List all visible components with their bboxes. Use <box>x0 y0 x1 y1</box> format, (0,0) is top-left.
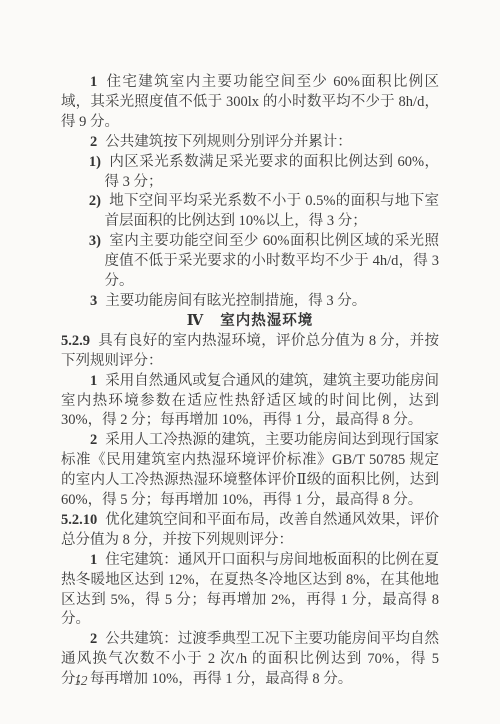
sub-item-text: 地下空间平均采光系数不小于 0.5%的面积与地下室首层面积的比例达到 10%以上… <box>105 193 440 229</box>
section-heading-numeral: Ⅳ <box>187 313 204 329</box>
sub-item-3: 3)室内主要功能空间至少 60%面积比例区域的采光照度值不低于采光要求的小时数平… <box>61 232 439 292</box>
item-text: 公共建筑按下列规则分别评分并累计： <box>105 134 352 150</box>
clause-text: 具有良好的室内热湿环境，评价总分值为 8 分，并按下列规则评分： <box>61 333 439 369</box>
sub-item-number: 3) <box>89 233 101 249</box>
page-number: 12 <box>74 673 88 689</box>
clause-5-2-10-item-2: 2公共建筑：过渡季典型工况下主要功能房间平均自然通风换气次数不小于 2 次/h … <box>61 630 439 690</box>
item-number: 2 <box>90 432 97 448</box>
clause-5-2-9: 5.2.9具有良好的室内热湿环境，评价总分值为 8 分，并按下列规则评分： <box>61 332 439 372</box>
document-page: 1住宅建筑室内主要功能空间至少 60%面积比例区域，其采光照度值不低于 300l… <box>0 0 500 724</box>
item-text: 采用自然通风或复合通风的建筑，建筑主要功能房间室内热环境参数在适应性热舒适区域的… <box>61 373 439 429</box>
item-number: 3 <box>90 293 97 309</box>
sub-item-text: 室内主要功能空间至少 60%面积比例区域的采光照度值不低于采光要求的小时数平均不… <box>105 233 440 289</box>
item-text: 住宅建筑室内主要功能空间至少 60%面积比例区域，其采光照度值不低于 300lx… <box>61 74 439 130</box>
item-number: 1 <box>90 373 97 389</box>
clause-5-2-10-item-1: 1住宅建筑：通风开口面积与房间地板面积的比例在夏热冬暖地区达到 12%，在夏热冬… <box>61 551 439 631</box>
item-text: 主要功能房间有眩光控制措施，得 3 分。 <box>105 293 366 309</box>
clause-5-2-9-item-1: 1采用自然通风或复合通风的建筑，建筑主要功能房间室内热环境参数在适应性热舒适区域… <box>61 372 439 432</box>
item-number: 1 <box>90 74 97 90</box>
sub-item-text: 内区采光系数满足采光要求的面积比例达到 60%，得 3 分； <box>105 154 440 190</box>
clause-item-2: 2公共建筑按下列规则分别评分并累计： <box>61 133 439 153</box>
clause-item-3: 3主要功能房间有眩光控制措施，得 3 分。 <box>61 292 439 312</box>
sub-item-number: 2) <box>89 193 101 209</box>
page-content: 1住宅建筑室内主要功能空间至少 60%面积比例区域，其采光照度值不低于 300l… <box>61 73 439 690</box>
clause-number: 5.2.9 <box>61 333 90 349</box>
sub-item-1: 1)内区采光系数满足采光要求的面积比例达到 60%，得 3 分； <box>61 153 439 193</box>
item-text: 住宅建筑：通风开口面积与房间地板面积的比例在夏热冬暖地区达到 12%，在夏热冬冷… <box>61 552 439 628</box>
section-heading-title: 室内热湿环境 <box>220 313 313 329</box>
sub-item-number: 1) <box>89 154 101 170</box>
item-text: 采用人工冷热源的建筑，主要功能房间达到现行国家标准《民用建筑室内热湿环境评价标准… <box>61 432 439 508</box>
clause-5-2-10: 5.2.10优化建筑空间和平面布局，改善自然通风效果，评价总分值为 8 分，并按… <box>61 511 439 551</box>
item-number: 1 <box>90 552 97 568</box>
clause-item-1: 1住宅建筑室内主要功能空间至少 60%面积比例区域，其采光照度值不低于 300l… <box>61 73 439 133</box>
clause-text: 优化建筑空间和平面布局，改善自然通风效果，评价总分值为 8 分，并按下列规则评分… <box>61 512 439 548</box>
item-number: 2 <box>90 631 97 647</box>
sub-item-2: 2)地下空间平均采光系数不小于 0.5%的面积与地下室首层面积的比例达到 10%… <box>61 192 439 232</box>
section-heading: Ⅳ室内热湿环境 <box>61 312 439 332</box>
clause-number: 5.2.10 <box>61 512 97 528</box>
item-number: 2 <box>90 134 97 150</box>
clause-5-2-9-item-2: 2采用人工冷热源的建筑，主要功能房间达到现行国家标准《民用建筑室内热湿环境评价标… <box>61 431 439 511</box>
item-text: 公共建筑：过渡季典型工况下主要功能房间平均自然通风换气次数不小于 2 次/h 的… <box>61 631 439 687</box>
